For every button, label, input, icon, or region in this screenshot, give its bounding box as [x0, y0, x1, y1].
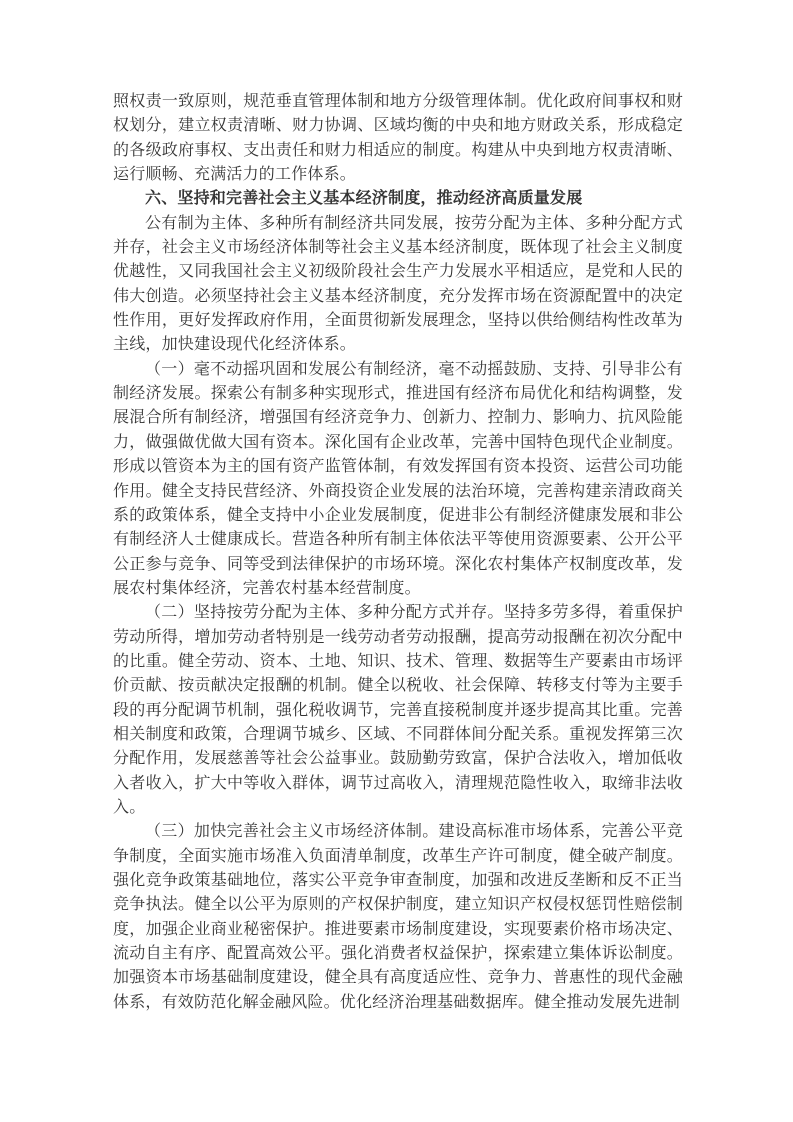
section-heading: 六、坚持和完善社会主义基本经济制度，推动经济高质量发展 [113, 187, 683, 211]
paragraph-continuation: 照权责一致原则，规范垂直管理体制和地方分级管理体制。优化政府间事权和财权划分，建… [113, 90, 683, 187]
paragraph-item-1: （一）毫不动摇巩固和发展公有制经济，毫不动摇鼓励、支持、引导非公有制经济发展。探… [113, 358, 683, 601]
paragraph-item-2: （二）坚持按劳分配为主体、多种分配方式并存。坚持多劳多得，着重保护劳动所得，增加… [113, 601, 683, 820]
document-page: 照权责一致原则，规范垂直管理体制和地方分级管理体制。优化政府间事权和财权划分，建… [0, 0, 793, 1122]
paragraph-item-3: （三）加快完善社会主义市场经济体制。建设高标准市场体系，完善公平竞争制度，全面实… [113, 820, 683, 1015]
document-text-block: 照权责一致原则，规范垂直管理体制和地方分级管理体制。优化政府间事权和财权划分，建… [113, 90, 683, 1015]
paragraph-section-intro: 公有制为主体、多种所有制经济共同发展，按劳分配为主体、多种分配方式并存，社会主义… [113, 212, 683, 358]
